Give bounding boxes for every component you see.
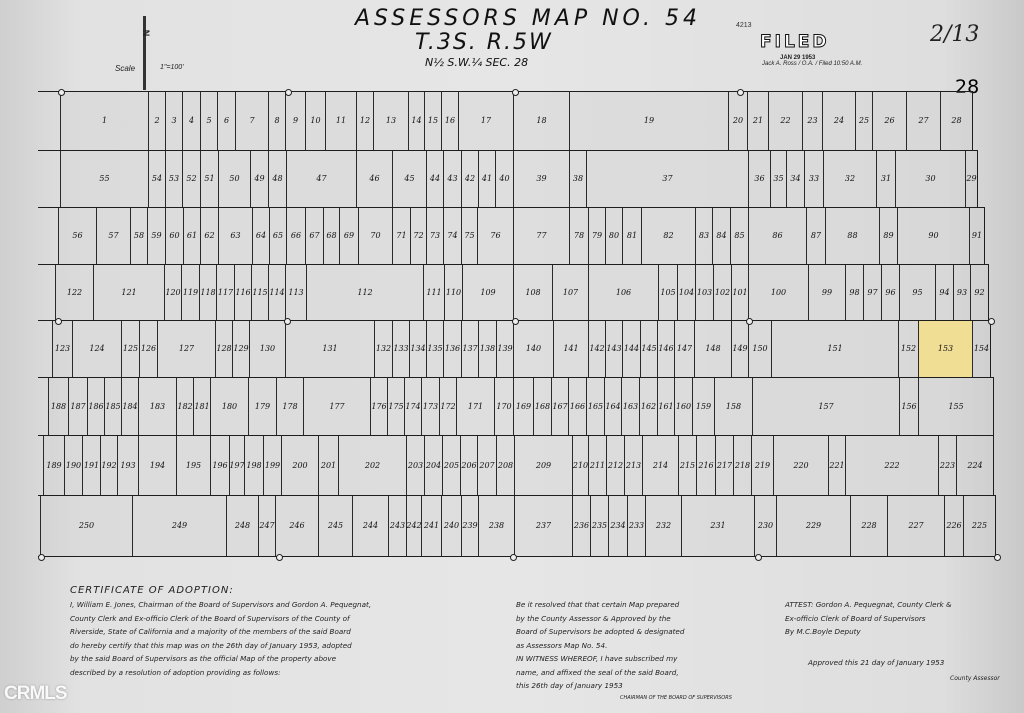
parcel-94[interactable]: 94: [935, 264, 953, 320]
parcel-154[interactable]: 154: [972, 320, 990, 377]
parcel-110[interactable]: 110: [444, 264, 462, 320]
parcel-76[interactable]: 76: [477, 207, 513, 264]
parcel-25[interactable]: 25: [855, 91, 872, 150]
parcel-96[interactable]: 96: [881, 264, 899, 320]
row-boundary: [977, 150, 978, 207]
parcel-115[interactable]: 115: [251, 264, 268, 320]
parcel-184[interactable]: 184: [121, 377, 138, 435]
parcel-170[interactable]: 170: [494, 377, 513, 435]
parcel-140[interactable]: 140: [513, 320, 553, 377]
parcel-10[interactable]: 10: [305, 91, 325, 150]
parcel-240[interactable]: 240: [441, 495, 461, 556]
parcel-83[interactable]: 83: [695, 207, 712, 264]
parcel-233[interactable]: 233: [627, 495, 645, 556]
parcel-69[interactable]: 69: [339, 207, 358, 264]
parcel-126[interactable]: 126: [139, 320, 157, 377]
parcel-164[interactable]: 164: [604, 377, 621, 435]
block-line: [38, 264, 988, 265]
parcel-219[interactable]: 219: [751, 435, 773, 495]
parcel-239[interactable]: 239: [461, 495, 478, 556]
parcel-224[interactable]: 224: [956, 435, 993, 495]
parcel-98[interactable]: 98: [845, 264, 863, 320]
survey-node-icon: [58, 89, 65, 96]
parcel-231[interactable]: 231: [681, 495, 754, 556]
parcel-8[interactable]: 8: [268, 91, 285, 150]
parcel-65[interactable]: 65: [269, 207, 286, 264]
parcel-51[interactable]: 51: [200, 150, 218, 207]
parcel-226[interactable]: 226: [944, 495, 963, 556]
parcel-207[interactable]: 207: [477, 435, 496, 495]
parcel-26[interactable]: 26: [872, 91, 906, 150]
block-line: [38, 91, 972, 92]
parcel-150[interactable]: 150: [748, 320, 771, 377]
attest-line: By M.C.Boyle Deputy: [785, 625, 1024, 639]
survey-node-icon: [276, 554, 283, 561]
parcel-103[interactable]: 103: [695, 264, 713, 320]
parcel-222[interactable]: 222: [845, 435, 938, 495]
parcel-75[interactable]: 75: [461, 207, 477, 264]
parcel-238[interactable]: 238: [478, 495, 514, 556]
block-line: [38, 207, 984, 208]
survey-node-icon: [512, 89, 519, 96]
parcel-237[interactable]: 237: [514, 495, 572, 556]
parcel-36[interactable]: 36: [748, 150, 770, 207]
parcel-58[interactable]: 58: [130, 207, 147, 264]
parcel-86[interactable]: 86: [748, 207, 806, 264]
parcel-213[interactable]: 213: [624, 435, 642, 495]
block-line: [38, 377, 993, 378]
parcel-23[interactable]: 23: [802, 91, 822, 150]
parcel-54[interactable]: 54: [148, 150, 165, 207]
parcel-208[interactable]: 208: [496, 435, 514, 495]
parcel-249[interactable]: 249: [132, 495, 226, 556]
parcel-158[interactable]: 158: [714, 377, 752, 435]
parcel-52[interactable]: 52: [182, 150, 200, 207]
parcel-64[interactable]: 64: [252, 207, 269, 264]
parcel-4[interactable]: 4: [182, 91, 200, 150]
parcel-108[interactable]: 108: [513, 264, 552, 320]
parcel-95[interactable]: 95: [899, 264, 935, 320]
parcel-201[interactable]: 201: [318, 435, 338, 495]
parcel-28[interactable]: 28: [940, 91, 972, 150]
parcel-138[interactable]: 138: [478, 320, 496, 377]
parcel-215[interactable]: 215: [678, 435, 696, 495]
parcel-243[interactable]: 243: [388, 495, 406, 556]
parcel-61[interactable]: 61: [183, 207, 200, 264]
certificate-line: do hereby certify that this map was on t…: [70, 639, 510, 653]
parcel-101[interactable]: 101: [731, 264, 748, 320]
parcel-162[interactable]: 162: [639, 377, 657, 435]
parcel-119[interactable]: 119: [181, 264, 199, 320]
parcel-187[interactable]: 187: [68, 377, 87, 435]
parcel-149[interactable]: 149: [731, 320, 748, 377]
parcel-218[interactable]: 218: [733, 435, 751, 495]
parcel-3[interactable]: 3: [165, 91, 182, 150]
parcel-186[interactable]: 186: [87, 377, 104, 435]
parcel-14[interactable]: 14: [408, 91, 424, 150]
parcel-168[interactable]: 168: [533, 377, 551, 435]
row-boundary: [990, 320, 991, 377]
resolution-line: name, and affixed the seal of the said B…: [516, 666, 756, 680]
parcel-205[interactable]: 205: [442, 435, 460, 495]
parcel-43[interactable]: 43: [443, 150, 461, 207]
parcel-120[interactable]: 120: [164, 264, 181, 320]
parcel-118[interactable]: 118: [199, 264, 216, 320]
parcel-35[interactable]: 35: [770, 150, 786, 207]
parcel-165[interactable]: 165: [586, 377, 604, 435]
parcel-117[interactable]: 117: [216, 264, 234, 320]
parcel-row: 1231241251261271281291301311321331341351…: [52, 320, 990, 377]
parcel-220[interactable]: 220: [773, 435, 828, 495]
parcel-50[interactable]: 50: [218, 150, 250, 207]
parcel-55[interactable]: 55: [60, 150, 148, 207]
resolution-line: as Assessors Map No. 54.: [516, 639, 756, 653]
parcel-48[interactable]: 48: [268, 150, 286, 207]
parcel-176[interactable]: 176: [370, 377, 387, 435]
parcel-194[interactable]: 194: [138, 435, 176, 495]
parcel-63[interactable]: 63: [218, 207, 252, 264]
parcel-row: 2502492482472462452442432422412402392382…: [40, 495, 995, 556]
parcel-139[interactable]: 139: [496, 320, 513, 377]
parcel-97[interactable]: 97: [863, 264, 881, 320]
parcel-31[interactable]: 31: [876, 150, 895, 207]
parcel-246[interactable]: 246: [275, 495, 318, 556]
parcel-223[interactable]: 223: [938, 435, 956, 495]
parcel-109[interactable]: 109: [462, 264, 513, 320]
parcel-21[interactable]: 21: [747, 91, 768, 150]
parcel-66[interactable]: 66: [286, 207, 305, 264]
parcel-44[interactable]: 44: [426, 150, 443, 207]
certificate-line: County Clerk and Ex-officio Clerk of the…: [70, 612, 510, 626]
parcel-241[interactable]: 241: [421, 495, 441, 556]
parcel-45[interactable]: 45: [392, 150, 426, 207]
parcel-49[interactable]: 49: [250, 150, 268, 207]
parcel-132[interactable]: 132: [374, 320, 392, 377]
parcel-93[interactable]: 93: [953, 264, 970, 320]
parcel-242[interactable]: 242: [406, 495, 421, 556]
parcel-5[interactable]: 5: [200, 91, 217, 150]
parcel-185[interactable]: 185: [104, 377, 121, 435]
survey-node-icon: [285, 89, 292, 96]
survey-node-icon: [737, 89, 744, 96]
parcel-227[interactable]: 227: [887, 495, 944, 556]
parcel-180[interactable]: 180: [210, 377, 248, 435]
parcel-174[interactable]: 174: [404, 377, 421, 435]
survey-node-icon: [510, 554, 517, 561]
parcel-32[interactable]: 32: [823, 150, 876, 207]
parcel-197[interactable]: 197: [229, 435, 244, 495]
parcel-85[interactable]: 85: [730, 207, 748, 264]
survey-node-icon: [55, 318, 62, 325]
parcel-192[interactable]: 192: [100, 435, 117, 495]
survey-node-icon: [284, 318, 291, 325]
parcel-79[interactable]: 79: [588, 207, 605, 264]
parcel-175[interactable]: 175: [387, 377, 404, 435]
parcel-199[interactable]: 199: [263, 435, 281, 495]
parcel-143[interactable]: 143: [605, 320, 622, 377]
block-line: [38, 435, 993, 436]
parcel-196[interactable]: 196: [210, 435, 229, 495]
map-sheet: ASSESSORS MAP NO. 54 T.3S. R.5W N½ S.W.¼…: [0, 0, 1024, 713]
parcel-131[interactable]: 131: [285, 320, 374, 377]
parcel-130[interactable]: 130: [249, 320, 285, 377]
parcel-18[interactable]: 18: [513, 91, 569, 150]
parcel-152[interactable]: 152: [898, 320, 918, 377]
parcel-56[interactable]: 56: [58, 207, 96, 264]
parcel-122[interactable]: 122: [55, 264, 93, 320]
parcel-228[interactable]: 228: [850, 495, 887, 556]
parcel-40[interactable]: 40: [495, 150, 513, 207]
parcel-225[interactable]: 225: [963, 495, 995, 556]
parcel-107[interactable]: 107: [552, 264, 588, 320]
parcel-87[interactable]: 87: [806, 207, 825, 264]
certificate-title: CERTIFICATE OF ADOPTION:: [70, 585, 234, 596]
parcel-173[interactable]: 173: [421, 377, 439, 435]
parcel-178[interactable]: 178: [276, 377, 303, 435]
parcel-113[interactable]: 113: [285, 264, 306, 320]
parcel-1[interactable]: 1: [60, 91, 148, 150]
parcel-216[interactable]: 216: [696, 435, 715, 495]
parcel-100[interactable]: 100: [748, 264, 808, 320]
parcel-235[interactable]: 235: [590, 495, 608, 556]
block-line: [38, 495, 995, 496]
parcel-195[interactable]: 195: [176, 435, 210, 495]
parcel-row: 1234567891011121314151617181920212223242…: [60, 91, 972, 150]
parcel-153[interactable]: 153: [918, 320, 972, 377]
parcel-151[interactable]: 151: [771, 320, 898, 377]
parcel-193[interactable]: 193: [117, 435, 138, 495]
parcel-145[interactable]: 145: [640, 320, 657, 377]
parcel-179[interactable]: 179: [248, 377, 276, 435]
row-boundary: [993, 377, 994, 435]
parcel-206[interactable]: 206: [460, 435, 477, 495]
parcel-212[interactable]: 212: [606, 435, 624, 495]
parcel-248[interactable]: 248: [226, 495, 258, 556]
parcel-62[interactable]: 62: [200, 207, 218, 264]
parcel-39[interactable]: 39: [513, 150, 569, 207]
parcel-73[interactable]: 73: [426, 207, 443, 264]
parcel-161[interactable]: 161: [657, 377, 674, 435]
survey-node-icon: [988, 318, 995, 325]
parcel-209[interactable]: 209: [514, 435, 572, 495]
parcel-112[interactable]: 112: [306, 264, 423, 320]
parcel-106[interactable]: 106: [588, 264, 658, 320]
parcel-210[interactable]: 210: [572, 435, 588, 495]
parcel-230[interactable]: 230: [754, 495, 776, 556]
parcel-20[interactable]: 20: [728, 91, 747, 150]
parcel-91[interactable]: 91: [969, 207, 984, 264]
parcel-81[interactable]: 81: [622, 207, 641, 264]
certificate-left-text: I, William E. Jones, Chairman of the Boa…: [70, 598, 510, 679]
parcel-116[interactable]: 116: [234, 264, 251, 320]
block-line: [38, 150, 977, 151]
parcel-169[interactable]: 169: [513, 377, 533, 435]
parcel-row: 1221211201191181171161151141131121111101…: [55, 264, 988, 320]
parcel-82[interactable]: 82: [641, 207, 695, 264]
parcel-189[interactable]: 189: [43, 435, 64, 495]
parcel-46[interactable]: 46: [356, 150, 392, 207]
parcel-211[interactable]: 211: [588, 435, 606, 495]
parcel-16[interactable]: 16: [441, 91, 458, 150]
survey-node-icon: [746, 318, 753, 325]
parcel-159[interactable]: 159: [692, 377, 714, 435]
row-boundary: [993, 435, 994, 495]
parcel-7[interactable]: 7: [235, 91, 268, 150]
parcel-163[interactable]: 163: [621, 377, 639, 435]
certificate-line: described by a resolution of adoption pr…: [70, 666, 510, 680]
parcel-127[interactable]: 127: [157, 320, 215, 377]
parcel-147[interactable]: 147: [674, 320, 694, 377]
parcel-6[interactable]: 6: [217, 91, 235, 150]
parcel-148[interactable]: 148: [694, 320, 731, 377]
resolution-line: this 26th day of January 1953: [516, 679, 756, 693]
parcel-37[interactable]: 37: [586, 150, 748, 207]
certificate-line: I, William E. Jones, Chairman of the Boa…: [70, 598, 510, 612]
parcel-57[interactable]: 57: [96, 207, 130, 264]
parcel-125[interactable]: 125: [121, 320, 139, 377]
parcel-78[interactable]: 78: [569, 207, 588, 264]
attest-line: ATTEST: Gordon A. Pequegnat, County Cler…: [785, 598, 1024, 612]
parcel-167[interactable]: 167: [551, 377, 568, 435]
parcel-104[interactable]: 104: [677, 264, 695, 320]
parcel-198[interactable]: 198: [244, 435, 263, 495]
parcel-234[interactable]: 234: [608, 495, 627, 556]
parcel-27[interactable]: 27: [906, 91, 940, 150]
parcel-2[interactable]: 2: [148, 91, 165, 150]
parcel-221[interactable]: 221: [828, 435, 845, 495]
parcel-71[interactable]: 71: [392, 207, 410, 264]
parcel-217[interactable]: 217: [715, 435, 733, 495]
parcel-70[interactable]: 70: [358, 207, 392, 264]
parcel-88[interactable]: 88: [825, 207, 879, 264]
parcel-188[interactable]: 188: [48, 377, 68, 435]
parcel-47[interactable]: 47: [286, 150, 356, 207]
parcel-146[interactable]: 146: [657, 320, 674, 377]
parcel-30[interactable]: 30: [895, 150, 965, 207]
parcel-11[interactable]: 11: [325, 91, 356, 150]
parcel-15[interactable]: 15: [424, 91, 441, 150]
parcel-38[interactable]: 38: [569, 150, 586, 207]
parcel-250[interactable]: 250: [40, 495, 132, 556]
parcel-202[interactable]: 202: [338, 435, 406, 495]
parcel-19[interactable]: 19: [569, 91, 728, 150]
parcel-72[interactable]: 72: [410, 207, 426, 264]
parcel-229[interactable]: 229: [776, 495, 850, 556]
parcel-128[interactable]: 128: [215, 320, 232, 377]
certificate-line: Riverside, State of California and a maj…: [70, 625, 510, 639]
resolution-line: Be it resolved that that certain Map pre…: [516, 598, 756, 612]
parcel-67[interactable]: 67: [305, 207, 323, 264]
parcel-157[interactable]: 157: [752, 377, 899, 435]
parcel-203[interactable]: 203: [406, 435, 424, 495]
certificate-resolution-text: Be it resolved that that certain Map pre…: [516, 598, 756, 693]
parcel-123[interactable]: 123: [52, 320, 72, 377]
parcel-29[interactable]: 29: [965, 150, 977, 207]
parcel-190[interactable]: 190: [64, 435, 82, 495]
survey-node-icon: [755, 554, 762, 561]
parcel-89[interactable]: 89: [879, 207, 897, 264]
parcel-53[interactable]: 53: [165, 150, 182, 207]
parcel-90[interactable]: 90: [897, 207, 969, 264]
parcel-34[interactable]: 34: [786, 150, 804, 207]
survey-node-icon: [512, 318, 519, 325]
parcel-236[interactable]: 236: [572, 495, 590, 556]
parcel-172[interactable]: 172: [439, 377, 456, 435]
row-boundary: [972, 91, 973, 150]
parcel-136[interactable]: 136: [443, 320, 461, 377]
parcel-114[interactable]: 114: [268, 264, 285, 320]
assessor-caption: County Assessor: [950, 672, 1000, 686]
parcel-42[interactable]: 42: [461, 150, 478, 207]
parcel-68[interactable]: 68: [323, 207, 339, 264]
parcel-92[interactable]: 92: [970, 264, 988, 320]
parcel-row: 1891901911921931941951961971981992002012…: [43, 435, 993, 495]
parcel-80[interactable]: 80: [605, 207, 622, 264]
watermark-logo: CRMLS: [4, 683, 67, 705]
parcel-177[interactable]: 177: [303, 377, 370, 435]
parcel-13[interactable]: 13: [373, 91, 408, 150]
parcel-183[interactable]: 183: [138, 377, 176, 435]
row-boundary: [984, 207, 985, 264]
parcel-124[interactable]: 124: [72, 320, 121, 377]
parcel-144[interactable]: 144: [622, 320, 640, 377]
parcel-142[interactable]: 142: [588, 320, 605, 377]
parcel-59[interactable]: 59: [147, 207, 165, 264]
parcel-133[interactable]: 133: [392, 320, 409, 377]
parcel-155[interactable]: 155: [918, 377, 993, 435]
parcel-171[interactable]: 171: [456, 377, 494, 435]
parcel-102[interactable]: 102: [713, 264, 731, 320]
parcel-24[interactable]: 24: [822, 91, 855, 150]
parcel-200[interactable]: 200: [281, 435, 318, 495]
parcel-166[interactable]: 166: [568, 377, 586, 435]
parcel-182[interactable]: 182: [176, 377, 193, 435]
parcel-247[interactable]: 247: [258, 495, 275, 556]
parcel-134[interactable]: 134: [409, 320, 426, 377]
parcel-181[interactable]: 181: [193, 377, 210, 435]
parcel-22[interactable]: 22: [768, 91, 802, 150]
parcel-135[interactable]: 135: [426, 320, 443, 377]
resolution-line: by the County Assessor & Approved by the: [516, 612, 756, 626]
parcel-84[interactable]: 84: [712, 207, 730, 264]
parcel-9[interactable]: 9: [285, 91, 305, 150]
parcel-99[interactable]: 99: [808, 264, 845, 320]
parcel-204[interactable]: 204: [424, 435, 442, 495]
parcel-77[interactable]: 77: [513, 207, 569, 264]
parcel-12[interactable]: 12: [356, 91, 373, 150]
parcel-156[interactable]: 156: [899, 377, 918, 435]
parcel-245[interactable]: 245: [318, 495, 352, 556]
parcel-191[interactable]: 191: [82, 435, 100, 495]
parcel-74[interactable]: 74: [443, 207, 461, 264]
parcel-244[interactable]: 244: [352, 495, 388, 556]
parcel-60[interactable]: 60: [165, 207, 183, 264]
parcel-33[interactable]: 33: [804, 150, 823, 207]
parcel-121[interactable]: 121: [93, 264, 164, 320]
parcel-17[interactable]: 17: [458, 91, 513, 150]
parcel-105[interactable]: 105: [658, 264, 677, 320]
parcel-111[interactable]: 111: [423, 264, 444, 320]
chairman-caption: CHAIRMAN OF THE BOARD OF SUPERVISORS: [620, 692, 732, 706]
parcel-141[interactable]: 141: [553, 320, 588, 377]
survey-node-icon: [994, 554, 1001, 561]
parcel-232[interactable]: 232: [645, 495, 681, 556]
parcel-137[interactable]: 137: [461, 320, 478, 377]
parcel-160[interactable]: 160: [674, 377, 692, 435]
parcel-214[interactable]: 214: [642, 435, 678, 495]
parcel-129[interactable]: 129: [232, 320, 249, 377]
parcel-41[interactable]: 41: [478, 150, 495, 207]
